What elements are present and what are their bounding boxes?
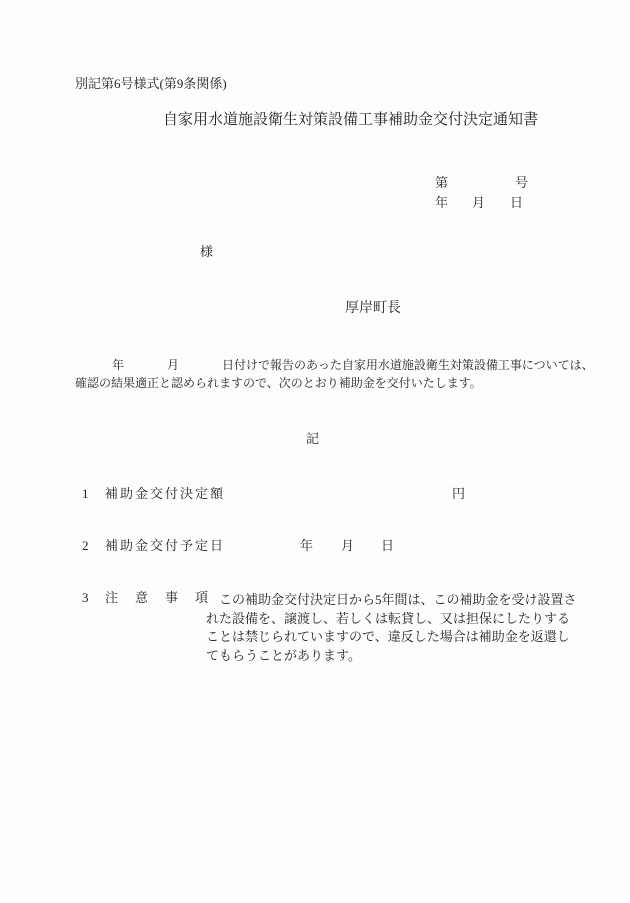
note-line: てもらうことがあります。 (206, 647, 586, 666)
item-3-label: 注 意 事 項 (105, 591, 210, 606)
item-1-number: 1 (82, 487, 89, 502)
form-number: 別記第6号様式(第9条関係) (75, 77, 227, 92)
item-1-label: 補助金交付決定額 (105, 487, 225, 502)
record-marker: 記 (306, 432, 319, 447)
document-title: 自家用水道施設衛生対策設備工事補助金交付決定通知書 (163, 112, 538, 129)
item-2-number: 2 (82, 539, 89, 554)
issue-date-day-label: 日 (510, 196, 523, 211)
issue-date-year-label: 年 (435, 196, 448, 211)
item-2-label: 補助金交付予定日 (105, 539, 225, 554)
item-3-number: 3 (82, 591, 89, 606)
document-page: 別記第6号様式(第9条関係) 自家用水道施設衛生対策設備工事補助金交付決定通知書… (0, 0, 630, 903)
doc-number-prefix: 第 (435, 176, 448, 191)
body-paragraph-line-1: 日付けで報告のあった自家用水道施設衛生対策設備工事については、 (222, 359, 594, 373)
body-blank-month-label: 月 (167, 359, 179, 373)
doc-number-suffix: 号 (515, 176, 528, 191)
note-line: れた設備を、譲渡し、若しくは転貸し、又は担保にしたりする (206, 610, 586, 629)
item-1-unit-yen: 円 (452, 487, 465, 502)
addressee-honorific: 様 (200, 245, 213, 260)
issue-date-month-label: 月 (472, 196, 485, 211)
body-blank-year-label: 年 (112, 359, 124, 373)
item-2-date-year-label: 年 (300, 539, 313, 554)
item-2-date-month-label: 月 (341, 539, 354, 554)
sender-title: 厚岸町長 (345, 301, 401, 317)
item-2-date-day-label: 日 (381, 539, 394, 554)
note-line: ことは禁じられていますので、違反した場合は補助金を返還し (206, 628, 586, 647)
item-3-note: この補助金交付決定日から5年間は、この補助金を受け設置さ れた設備を、譲渡し、若… (206, 591, 586, 665)
note-line: この補助金交付決定日から5年間は、この補助金を受け設置さ (206, 591, 586, 610)
body-paragraph-line-2: 確認の結果適正と認められますので、次のとおり補助金を交付いたします。 (75, 377, 482, 391)
